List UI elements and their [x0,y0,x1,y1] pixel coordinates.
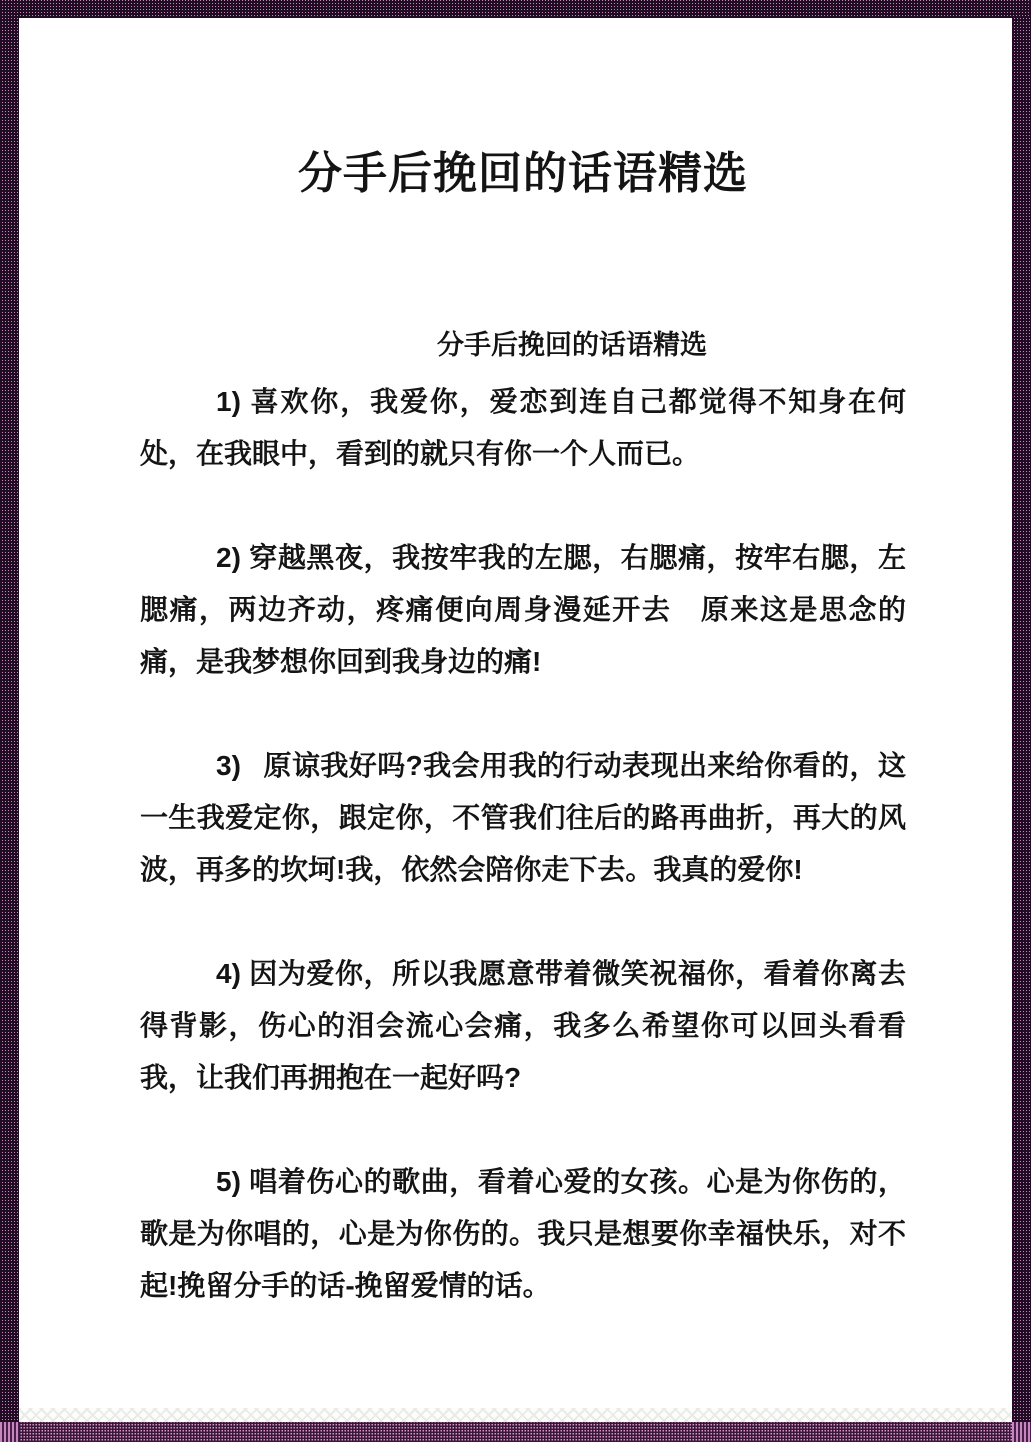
document-content: 分手后挽回的话语精选 分手后挽回的话语精选 1) 喜欢你，我爱你，爱恋到连自己都… [140,0,906,1364]
page-border-right [1012,18,1031,1422]
document-page: 分手后挽回的话语精选 分手后挽回的话语精选 1) 喜欢你，我爱你，爱恋到连自己都… [0,0,1031,1442]
section-title: 分手后挽回的话语精选 [189,325,955,365]
page-title: 分手后挽回的话语精选 [140,144,906,204]
paragraph-5: 5) 唱着伤心的歌曲，看着心爱的女孩。心是为你伤的，歌是为你唱的，心是为你伤的。… [140,1156,906,1312]
page-border-corner-right [1012,1422,1031,1442]
paragraph-4: 4) 因为爱你，所以我愿意带着微笑祝福你，看着你离去得背影，伤心的泪会流心会痛，… [140,948,906,1104]
paragraph-3: 3) 原谅我好吗?我会用我的行动表现出来给你看的，这一生我爱定你，跟定你，不管我… [140,740,906,896]
page-border-left [0,18,19,1422]
page-border-corner-left [0,1422,19,1442]
paragraph-2: 2) 穿越黑夜，我按牢我的左腮，右腮痛，按牢右腮，左腮痛，两边齐动，疼痛便向周身… [140,532,906,688]
page-border-bottom [19,1422,1012,1442]
page-border-texture-strip [19,1408,1012,1422]
paragraph-1: 1) 喜欢你，我爱你，爱恋到连自己都觉得不知身在何处，在我眼中，看到的就只有你一… [140,376,906,480]
